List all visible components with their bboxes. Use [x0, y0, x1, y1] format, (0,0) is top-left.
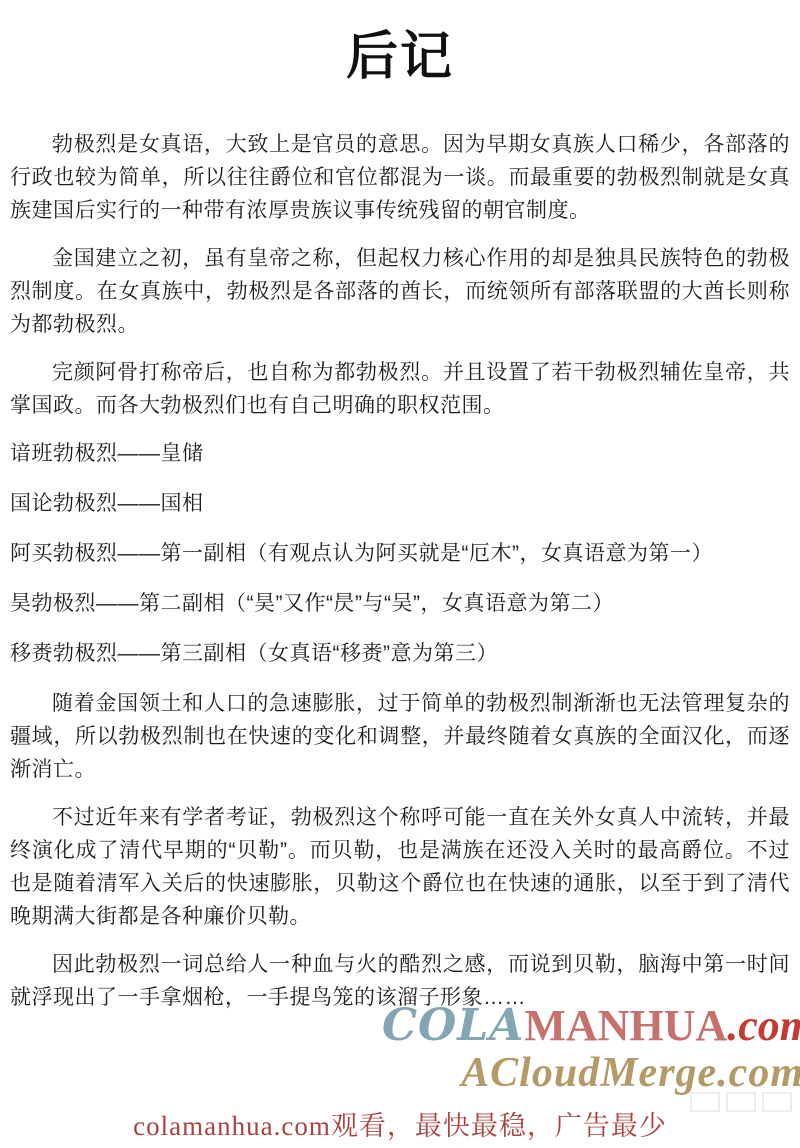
watermark-line2: ACloudMerge.com [382, 1052, 800, 1094]
afterword-page: 后记 勃极烈是女真语，大致上是官员的意思。因为早期女真族人口稀少，各部落的行政也… [0, 0, 800, 1148]
list-item: 昊勃极烈——第二副相（“昊”又作“昃”与“吴”，女真语意为第二） [10, 587, 790, 620]
list-item: 谙班勃极烈——皇储 [10, 437, 790, 470]
watermark-manhua-text: MANHUA [524, 1001, 727, 1050]
site-watermark: COLAMANHUA.com ACloudMerge.com [382, 1004, 800, 1094]
list-item: 阿买勃极烈——第一副相（有观点认为阿买就是“厄木”，女真语意为第一） [10, 537, 790, 570]
watermark-line1: COLAMANHUA.com [382, 1004, 800, 1048]
paragraph: 随着金国领土和人口的急速膨胀，过于简单的勃极烈制渐渐也无法管理复杂的疆域，所以勃… [10, 687, 790, 786]
footer-site-note: colamanhua.com观看，最快最稳，广告最少 [0, 1104, 800, 1143]
list-item: 国论勃极烈——国相 [10, 487, 790, 520]
paragraph: 完颜阿骨打称帝后，也自称为都勃极烈。并且设置了若干勃极烈辅佐皇帝，共掌国政。而各… [10, 356, 790, 422]
watermark-com-text: .com [727, 1001, 800, 1050]
paragraph: 金国建立之初，虽有皇帝之称，但起权力核心作用的却是独具民族特色的勃极烈制度。在女… [10, 242, 790, 341]
watermark-cola-text: COLA [382, 1000, 524, 1051]
paragraph: 勃极烈是女真语，大致上是官员的意思。因为早期女真族人口稀少，各部落的行政也较为简… [10, 128, 790, 227]
list-item: 移赉勃极烈——第三副相（女真语“移赉”意为第三） [10, 637, 790, 670]
paragraph: 不过近年来有学者考证，勃极烈这个称呼可能一直在关外女真人中流转，并最终演化成了清… [10, 801, 790, 933]
page-title: 后记 [0, 28, 800, 88]
